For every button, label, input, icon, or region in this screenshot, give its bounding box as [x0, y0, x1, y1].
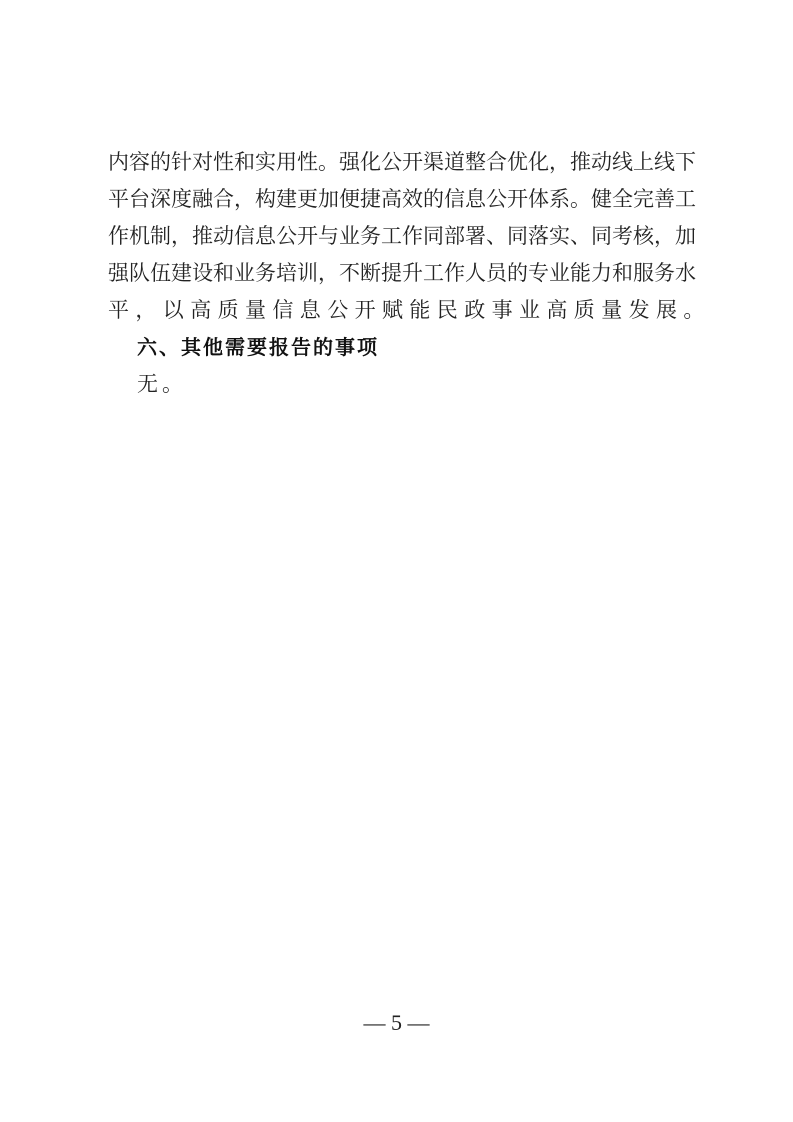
paragraph-line: 内容的针对性和实用性。强化公开渠道整合优化，推动线上线下 — [108, 144, 692, 181]
section-body: 无。 — [137, 366, 187, 403]
body-paragraph: 内容的针对性和实用性。强化公开渠道整合优化，推动线上线下 平台深度融合，构建更加… — [108, 144, 698, 329]
paragraph-line: 作机制，推动信息公开与业务工作同部署、同落实、同考核，加 — [108, 218, 692, 255]
document-page: 内容的针对性和实用性。强化公开渠道整合优化，推动线上线下 平台深度融合，构建更加… — [0, 0, 793, 1122]
paragraph-line: 平，以高质量信息公开赋能民政事业高质量发展。 — [108, 292, 698, 329]
page-number: — 5 — — [0, 1010, 793, 1036]
section-heading: 六、其他需要报告的事项 — [137, 329, 379, 366]
paragraph-line: 平台深度融合，构建更加便捷高效的信息公开体系。健全完善工 — [108, 181, 692, 218]
paragraph-line: 强队伍建设和业务培训，不断提升工作人员的专业能力和服务水 — [108, 255, 692, 292]
